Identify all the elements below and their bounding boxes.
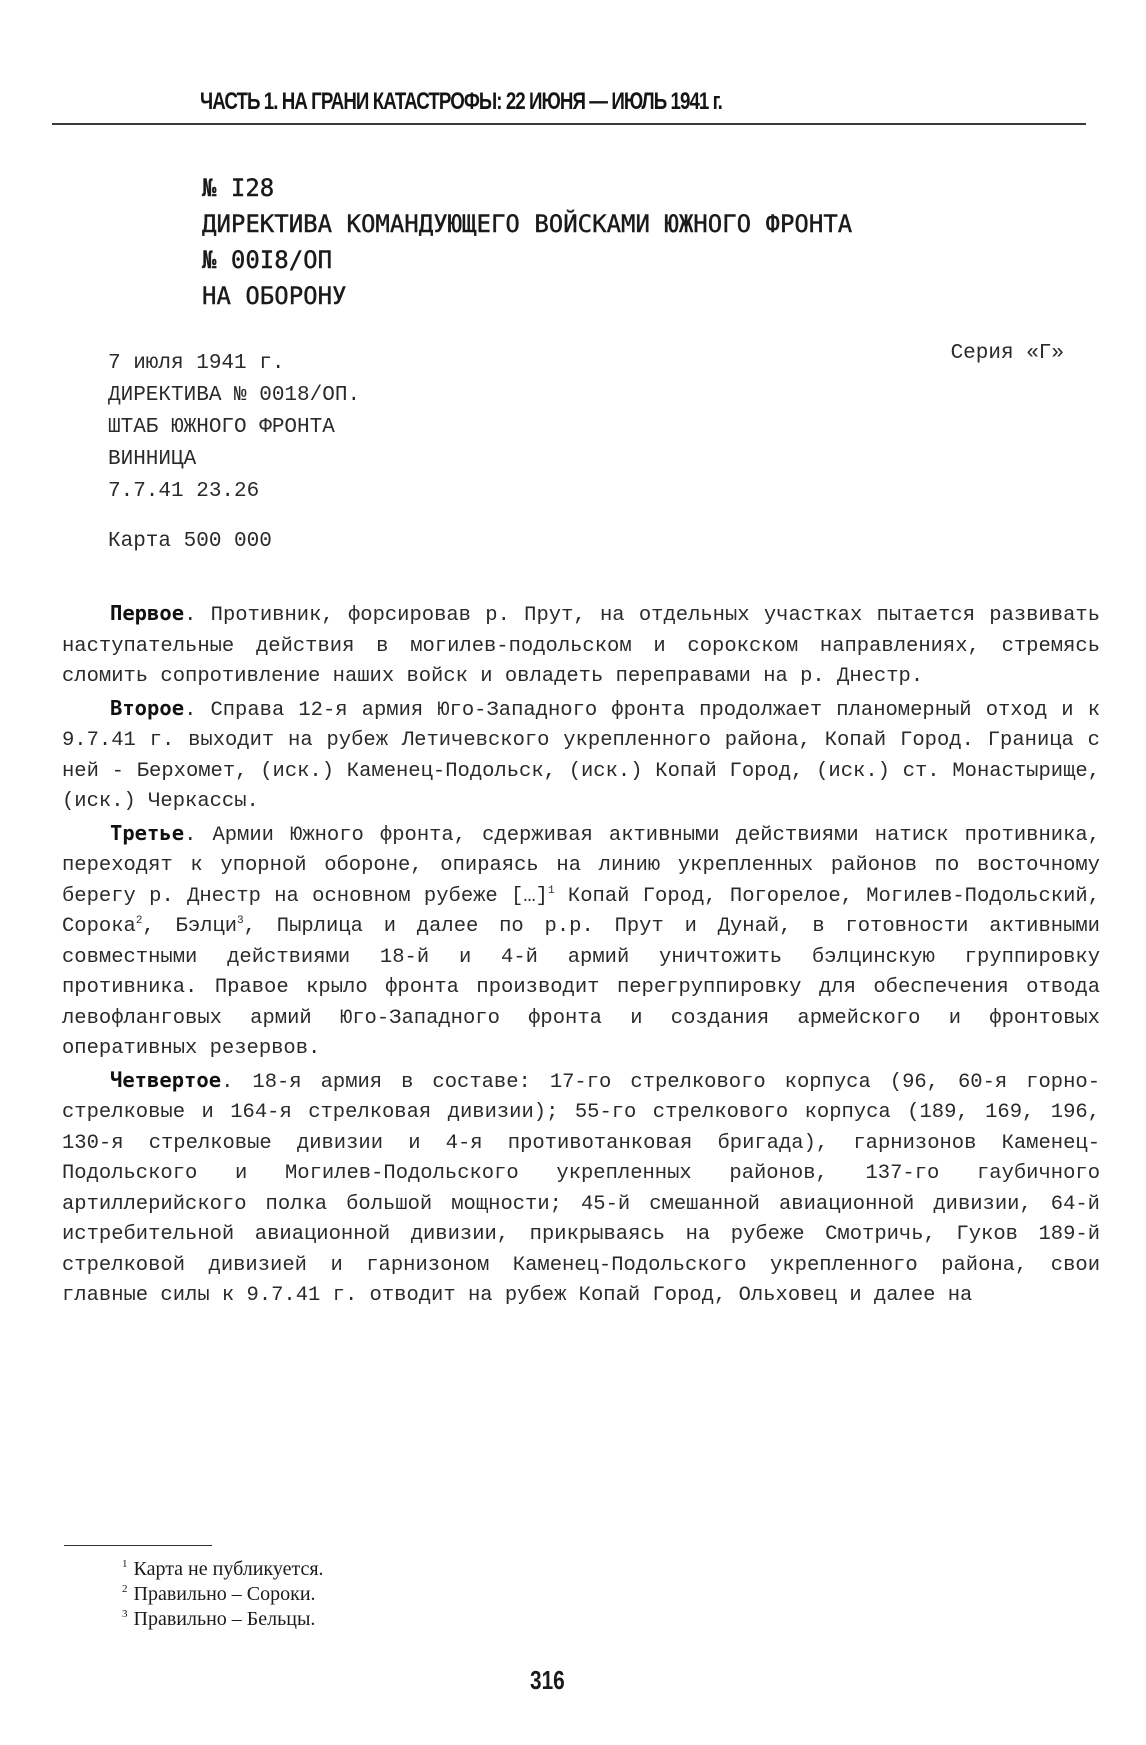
paragraph-first: Первое. Противник, форсировав р. Прут, н… bbox=[62, 598, 1100, 693]
meta-hq: ШТАБ ЮЖНОГО ФРОНТА bbox=[108, 412, 360, 444]
footnote-number: 2 bbox=[122, 1583, 128, 1595]
paragraph-lead: Четвертое bbox=[110, 1068, 221, 1092]
paragraph-lead: Второе bbox=[110, 696, 184, 720]
header-rule bbox=[52, 123, 1086, 125]
running-head: ЧАСТЬ 1. НА ГРАНИ КАТАСТРОФЫ: 22 ИЮНЯ — … bbox=[200, 88, 722, 116]
footnotes: 1Карта не публикуется. 2Правильно – Соро… bbox=[122, 1557, 324, 1632]
footnote-ref-1[interactable]: 1 bbox=[548, 885, 555, 897]
document-meta: 7 июля 1941 г. ДИРЕКТИВА № 0018/ОП. ШТАБ… bbox=[108, 348, 360, 558]
paragraph-text: . 18-я армия в составе: 17-го стрелковог… bbox=[62, 1071, 1100, 1308]
footnote-1: 1Карта не публикуется. bbox=[122, 1557, 324, 1582]
paragraph-third: Третье. Армии Южного фронта, сдерживая а… bbox=[62, 818, 1100, 1065]
footnote-ref-3[interactable]: 3 bbox=[237, 915, 244, 927]
series-label: Серия «Г» bbox=[951, 342, 1064, 365]
document-subject: НА ОБОРОНУ bbox=[202, 278, 852, 314]
footnote-number: 1 bbox=[122, 1558, 128, 1570]
footnote-text: Правильно – Бельцы. bbox=[134, 1608, 316, 1630]
paragraph-text: . Противник, форсировав р. Прут, на отде… bbox=[62, 604, 1100, 688]
paragraph-fourth: Четвертое. 18-я армия в составе: 17-го с… bbox=[62, 1065, 1100, 1312]
meta-timestamp: 7.7.41 23.26 bbox=[108, 476, 360, 508]
meta-city: ВИННИЦА bbox=[108, 444, 360, 476]
paragraph-text: . Справа 12-я армия Юго-Западного фронта… bbox=[62, 699, 1100, 814]
paragraph-text: , Бэлци bbox=[142, 915, 237, 938]
paragraph-lead: Первое bbox=[110, 601, 184, 625]
document-title: ДИРЕКТИВА КОМАНДУЮЩЕГО ВОЙСКАМИ ЮЖНОГО Ф… bbox=[202, 206, 852, 242]
meta-directive: ДИРЕКТИВА № 0018/ОП. bbox=[108, 380, 360, 412]
footnote-text: Карта не публикуется. bbox=[134, 1558, 324, 1580]
directive-number: № 00I8/ОП bbox=[202, 242, 852, 278]
page-number: 316 bbox=[530, 1665, 565, 1696]
footnote-number: 3 bbox=[122, 1608, 128, 1620]
document-number: № I28 bbox=[202, 170, 852, 206]
footnote-3: 3Правильно – Бельцы. bbox=[122, 1607, 324, 1632]
paragraph-second: Второе. Справа 12-я армия Юго-Западного … bbox=[62, 693, 1100, 818]
document-title-block: № I28 ДИРЕКТИВА КОМАНДУЮЩЕГО ВОЙСКАМИ ЮЖ… bbox=[202, 170, 852, 314]
footnote-text: Правильно – Сороки. bbox=[134, 1583, 316, 1605]
document-body: Первое. Противник, форсировав р. Прут, н… bbox=[62, 598, 1100, 1312]
footnote-2: 2Правильно – Сороки. bbox=[122, 1582, 324, 1607]
footnote-separator bbox=[64, 1545, 212, 1546]
meta-date: 7 июля 1941 г. bbox=[108, 348, 360, 380]
meta-map: Карта 500 000 bbox=[108, 526, 360, 558]
paragraph-lead: Третье bbox=[110, 821, 184, 845]
